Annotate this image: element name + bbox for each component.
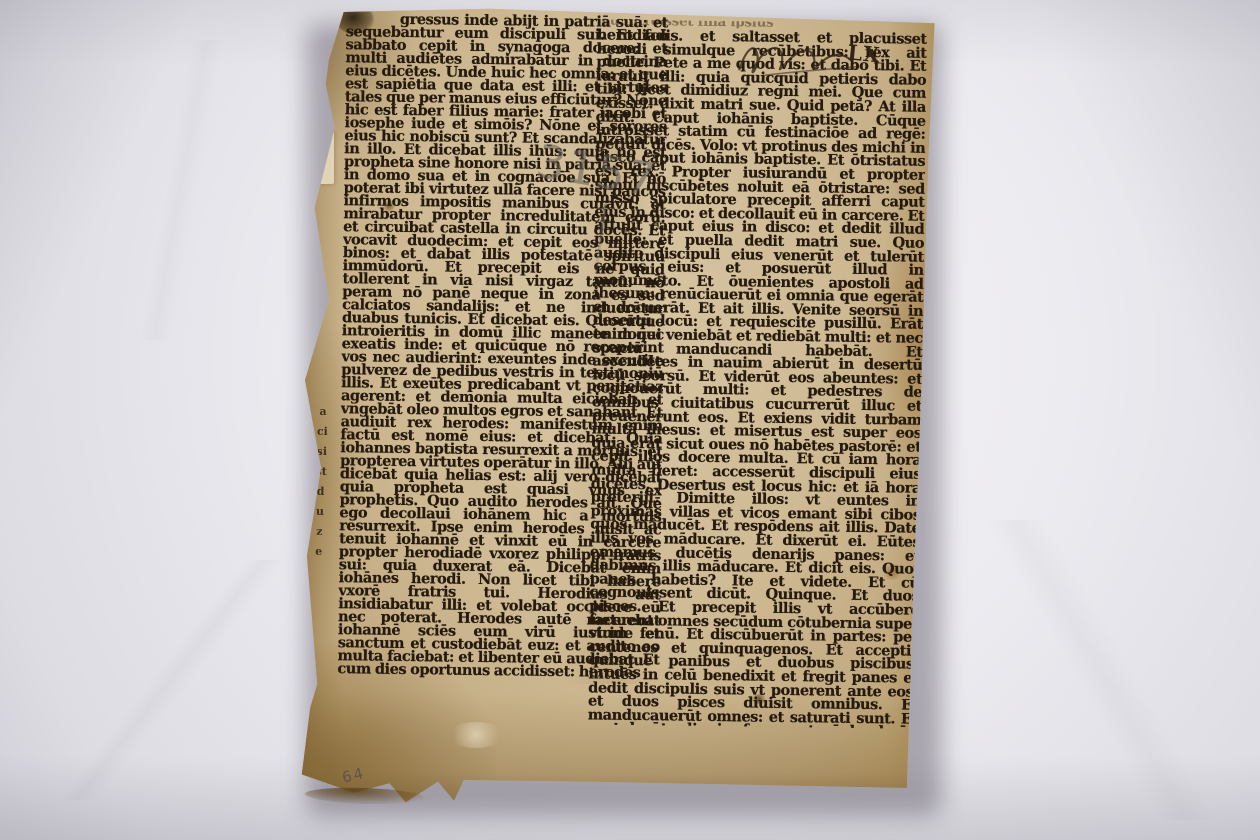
photograph-of-manuscript-leaf: gressus inde abijt in patriā suā: et seq… (0, 0, 1260, 840)
manuscript-leaf: gressus inde abijt in patriā suā: et seq… (296, 4, 941, 804)
right-column-text: herodiadis. et saltasset et placuisset h… (588, 28, 927, 728)
ink-scribble (733, 35, 874, 85)
cloth-wrinkle (60, 40, 300, 340)
cloth-wrinkle (40, 560, 300, 800)
printed-text-block: gressus inde abijt in patriā suā: et seq… (286, 3, 941, 811)
cloth-wrinkle (950, 520, 1250, 820)
text-column-right: herodiadis. et saltasset et placuisset h… (588, 28, 927, 728)
pencil-corner-number: 64 (340, 764, 367, 787)
